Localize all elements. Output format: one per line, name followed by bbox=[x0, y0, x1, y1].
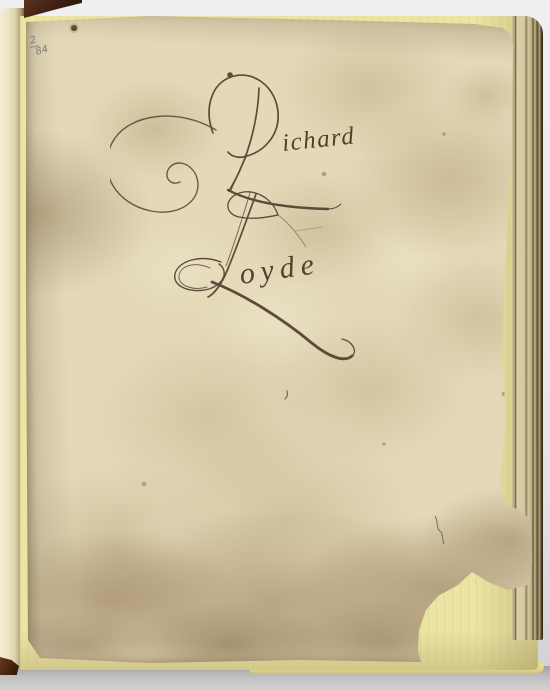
faint-dash bbox=[295, 227, 322, 231]
capital-l-loops-inner bbox=[179, 265, 210, 289]
capital-r-stem bbox=[229, 88, 259, 191]
capital-l-hairline bbox=[278, 215, 306, 247]
wormhole bbox=[71, 25, 77, 31]
pencil-folio-mark: 2 84 bbox=[27, 32, 49, 58]
ink-blot bbox=[227, 72, 233, 78]
photo-stage: 2 84 bbox=[0, 0, 550, 690]
paper-crack bbox=[429, 512, 449, 548]
inscription-line2-tail: oyde bbox=[237, 247, 321, 291]
capital-l-loops bbox=[175, 259, 225, 291]
manuscript-page: 2 84 bbox=[24, 14, 534, 666]
capital-r-bowl bbox=[209, 75, 278, 157]
swash-richard-tip bbox=[328, 204, 341, 209]
ink-signature: ichard oyde bbox=[110, 60, 440, 405]
capital-l-stem-inner bbox=[226, 193, 250, 266]
capital-r-leg bbox=[231, 155, 247, 190]
swash-richard bbox=[228, 190, 328, 209]
swash-loyde bbox=[212, 282, 352, 359]
swash-loyde-curl bbox=[342, 339, 354, 356]
flourish-spiral bbox=[110, 116, 216, 212]
pencil-denominator: 84 bbox=[35, 44, 49, 58]
stray-ink-mark bbox=[285, 391, 287, 399]
inscription-line1-tail: ichard bbox=[281, 122, 357, 157]
